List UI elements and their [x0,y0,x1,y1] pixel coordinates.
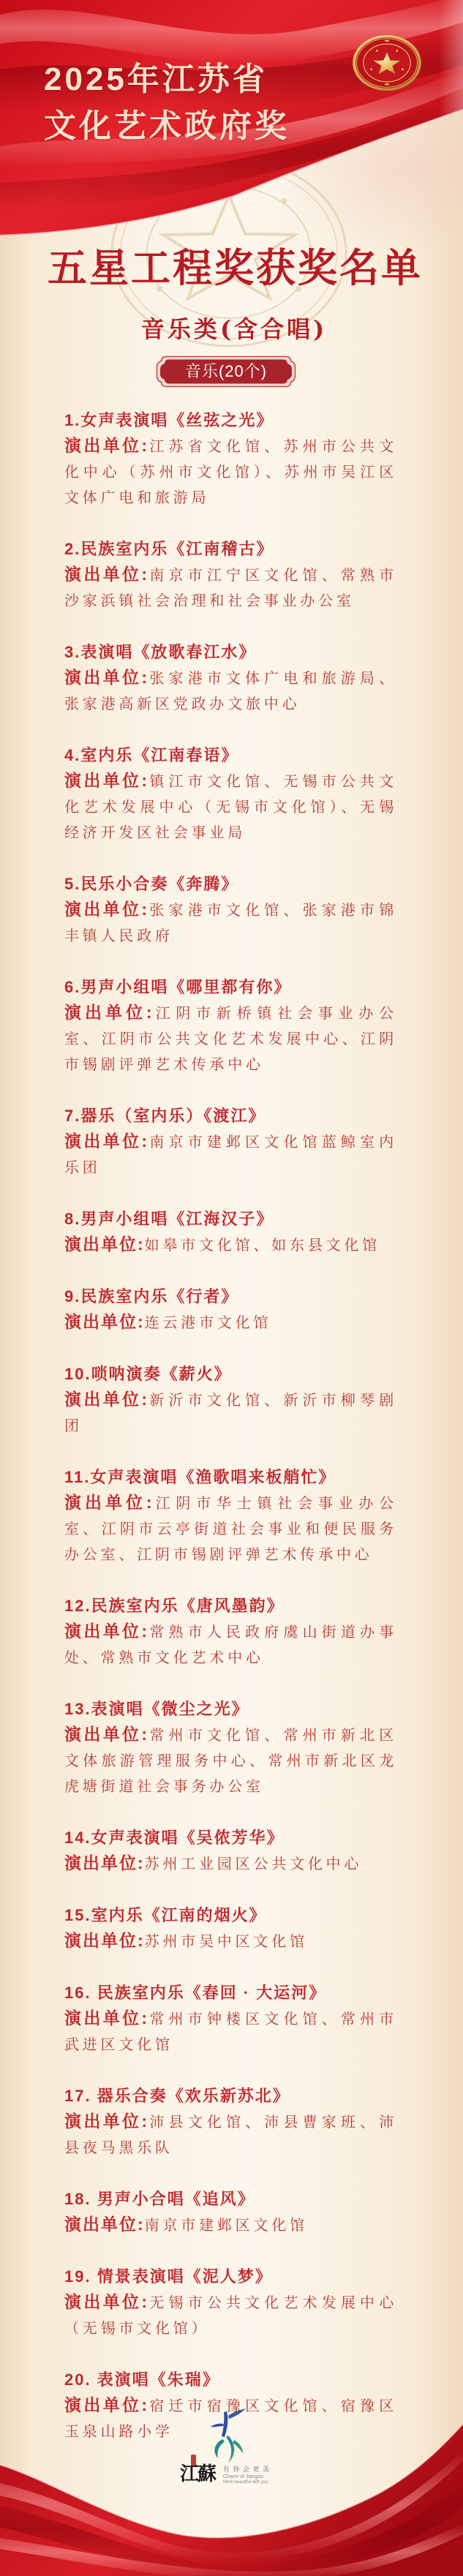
page-title-line-2: 文化艺术政府奖 [44,103,290,150]
unit-label: 演出单位: [64,1003,154,1022]
performing-units: 演出单位:常州市钟楼区文化馆、常州市武进区文化馆 [64,2006,397,2058]
award-title: 10.唢呐演奏《薪火》 [64,1361,397,1387]
unit-text: 如皋市文化馆、如东县文化馆 [145,1238,380,1254]
unit-line: 化艺术发展中心（无锡市文化馆）、无锡 [64,795,397,821]
award-item: 16. 民族室内乐《春回 · 大运河》 演出单位:常州市钟楼区文化馆、常州市武进… [64,1980,397,2058]
unit-line: 沙家浜镇社会治理和社会事业办公室 [64,589,397,614]
unit-text: 室、江阴市云亭街道社会事业和便民服务 [64,1521,397,1537]
unit-line: 室、江阴市云亭街道社会事业和便民服务 [64,1517,397,1543]
performing-units: 演出单位:苏州市吴中区文化馆 [64,1928,397,1955]
unit-label: 演出单位: [64,900,148,919]
unit-text: 室、江阴市公共文化艺术发展中心、江阴 [64,1031,397,1047]
unit-text: 无锡市公共文化艺术发展中心 [148,2295,397,2311]
award-item: 5.民乐小合奏《奔腾》 演出单位:张家港市文化馆、张家港市锦丰镇人民政府 [64,871,397,949]
unit-label: 演出单位: [64,2112,148,2131]
award-item: 6.男声小组唱《哪里都有你》 演出单位:江阴市新桥镇社会事业办公室、江阴市公共文… [64,974,397,1078]
performing-units: 演出单位:连云港市文化馆 [64,1309,397,1336]
unit-line: 演出单位:南京市江宁区文化馆、常熟市 [64,562,397,589]
unit-text: 丰镇人民政府 [64,928,173,944]
performing-units: 演出单位:南京市江宁区文化馆、常熟市沙家浜镇社会治理和社会事业办公室 [64,562,397,614]
unit-line: 张家港高新区党政办文旅中心 [64,692,397,718]
unit-label: 演出单位: [64,1131,148,1150]
unit-text: 张家港市文体广电和旅游局、 [148,671,397,687]
unit-line: 演出单位:常州市钟楼区文化馆、常州市 [64,2006,397,2033]
unit-text: 江苏省文化馆、苏州市公共文 [148,439,397,455]
unit-line: 演出单位:新沂市文化馆、新沂市柳琴剧团 [64,1387,397,1439]
unit-line: 文体广电和旅游局 [64,486,397,511]
unit-text: 处、常熟市文化艺术中心 [64,1650,264,1666]
unit-line: 演出单位:镇江市文化馆、无锡市公共文 [64,768,397,795]
unit-line: 经济开发区社会事业局 [64,821,397,846]
unit-line: 演出单位:南京市建邺区文化馆 [64,2212,397,2239]
unit-line: 演出单位:常州市文化馆、常州市新北区 [64,1722,397,1749]
unit-text: 南京市建邺区文化馆蓝鲸室内 [148,1134,397,1150]
performing-units: 演出单位:江苏省文化馆、苏州市公共文化中心（苏州市文化馆）、苏州市吴江区文体广电… [64,433,397,511]
category-subheading: 音乐类(含合唱) [141,315,327,344]
unit-line: 演出单位:江苏省文化馆、苏州市公共文 [64,433,397,460]
page-title-line-1: 2025年江苏省 [44,56,290,103]
unit-text: 镇江市文化馆、无锡市公共文 [148,774,397,790]
award-title: 9.民族室内乐《行者》 [64,1284,397,1309]
unit-line: 演出单位:连云港市文化馆 [64,1309,397,1336]
unit-label: 演出单位: [64,2008,148,2027]
award-item: 7.器乐（室内乐）《渡江》 演出单位:南京市建邺区文化馆蓝鲸室内乐团 [64,1103,397,1181]
award-title: 3.表演唱《放歌春江水》 [64,639,397,665]
unit-line: 演出单位:无锡市公共文化艺术发展中心 [64,2289,397,2316]
red-silk-banner-bottom [0,2414,463,2576]
unit-text: 武进区文化馆 [64,2037,173,2053]
unit-text: 乐团 [64,1160,101,1176]
award-title: 2.民族室内乐《江南稽古》 [64,536,397,562]
award-item: 19. 情景表演唱《泥人梦》 演出单位:无锡市公共文化艺术发展中心（无锡市文化馆… [64,2264,397,2342]
unit-text: 化中心（苏州市文化馆）、苏州市吴江区 [64,464,397,481]
award-item: 1.女声表演唱《丝弦之光》 演出单位:江苏省文化馆、苏州市公共文化中心（苏州市文… [64,407,397,511]
award-title: 5.民乐小合奏《奔腾》 [64,871,397,897]
performing-units: 演出单位:沛县文化馆、沛县曹家班、沛县夜马黑乐队 [64,2109,397,2161]
unit-line: 演出单位:江阴市华士镇社会事业办公 [64,1490,397,1517]
award-item: 2.民族室内乐《江南稽古》 演出单位:南京市江宁区文化馆、常熟市沙家浜镇社会治理… [64,536,397,614]
unit-text: 常州市钟楼区文化馆、常州市 [148,2011,397,2027]
unit-label: 演出单位: [64,771,148,790]
award-title: 12.民族室内乐《唐风墨韵》 [64,1593,397,1619]
award-title: 13.表演唱《微尘之光》 [64,1696,397,1722]
performing-units: 演出单位:南京市建邺区文化馆 [64,2212,397,2239]
award-title: 15.室内乐《江南的烟火》 [64,1902,397,1928]
award-title: 17. 器乐合奏《欢乐新苏北》 [64,2083,397,2109]
five-star-award-emblem-icon [351,34,423,92]
unit-line: 演出单位:如皋市文化馆、如东县文化馆 [64,1232,397,1259]
unit-line: 演出单位:江阴市新桥镇社会事业办公 [64,1000,397,1027]
award-title: 8.男声小组唱《江海汉子》 [64,1206,397,1232]
award-item: 15.室内乐《江南的烟火》 演出单位:苏州市吴中区文化馆 [64,1902,397,1955]
unit-text: 江阴市新桥镇社会事业办公 [154,1006,397,1022]
performing-units: 演出单位:镇江市文化馆、无锡市公共文化艺术发展中心（无锡市文化馆）、无锡经济开发… [64,768,397,846]
unit-line: 丰镇人民政府 [64,924,397,949]
unit-line: 演出单位:张家港市文体广电和旅游局、 [64,665,397,692]
unit-line: 化中心（苏州市文化馆）、苏州市吴江区 [64,460,397,486]
unit-line: 办公室、江阴市锡剧评弹艺术传承中心 [64,1543,397,1568]
unit-text: 经济开发区社会事业局 [64,825,246,841]
award-item: 9.民族室内乐《行者》 演出单位:连云港市文化馆 [64,1284,397,1336]
unit-text: 连云港市文化馆 [145,1315,272,1331]
unit-line: 演出单位:张家港市文化馆、张家港市锦 [64,897,397,924]
unit-text: 张家港市文化馆、张家港市锦 [148,903,397,919]
award-item: 12.民族室内乐《唐风墨韵》 演出单位:常熟市人民政府虞山街道办事处、常熟市文化… [64,1593,397,1671]
unit-text: 办公室、江阴市锡剧评弹艺术传承中心 [64,1547,373,1563]
unit-text: 苏州市吴中区文化馆 [145,1934,308,1950]
award-title: 16. 民族室内乐《春回 · 大运河》 [64,1980,397,2006]
award-title: 20. 表演唱《朱瑞》 [64,2367,397,2392]
award-title: 4.室内乐《江南春语》 [64,742,397,768]
performing-units: 演出单位:张家港市文化馆、张家港市锦丰镇人民政府 [64,897,397,949]
unit-line: 武进区文化馆 [64,2033,397,2058]
unit-line: 室、江阴市公共文化艺术发展中心、江阴 [64,1027,397,1052]
performing-units: 演出单位:如皋市文化馆、如东县文化馆 [64,1232,397,1259]
unit-label: 演出单位: [64,2395,148,2414]
unit-text: 市锡剧评弹艺术传承中心 [64,1057,264,1073]
unit-label: 演出单位: [64,1622,148,1641]
award-item: 17. 器乐合奏《欢乐新苏北》 演出单位:沛县文化馆、沛县曹家班、沛县夜马黑乐队 [64,2083,397,2161]
unit-text: 沛县文化馆、沛县曹家班、沛 [148,2114,397,2131]
unit-text: 沙家浜镇社会治理和社会事业办公室 [64,593,355,609]
unit-line: 文体旅游管理服务中心、常州市新北区龙 [64,1749,397,1774]
unit-line: 演出单位:苏州市吴中区文化馆 [64,1928,397,1955]
unit-text: 文体广电和旅游局 [64,490,209,506]
award-item: 3.表演唱《放歌春江水》 演出单位:张家港市文体广电和旅游局、张家港高新区党政办… [64,639,397,718]
category-badge: 音乐(20个) [156,355,296,388]
unit-text: 虎塘街道社会事务办公室 [64,1779,264,1795]
award-item: 4.室内乐《江南春语》 演出单位:镇江市文化馆、无锡市公共文化艺术发展中心（无锡… [64,742,397,846]
performing-units: 演出单位:江阴市新桥镇社会事业办公室、江阴市公共文化艺术发展中心、江阴市锡剧评弹… [64,1000,397,1078]
unit-label: 演出单位: [64,2215,145,2234]
unit-text: 张家港高新区党政办文旅中心 [64,696,300,712]
award-title: 7.器乐（室内乐）《渡江》 [64,1103,397,1129]
award-list-heading: 五星工程奖获奖名单 [48,244,423,291]
unit-text: （无锡市文化馆） [64,2321,209,2337]
unit-text: 县夜马黑乐队 [64,2140,173,2156]
unit-label: 演出单位: [64,2292,148,2311]
unit-line: 演出单位:常熟市人民政府虞山街道办事 [64,1619,397,1646]
unit-line: 虎塘街道社会事务办公室 [64,1774,397,1800]
award-title: 1.女声表演唱《丝弦之光》 [64,407,397,433]
unit-text: 常州市文化馆、常州市新北区 [148,1728,397,1744]
unit-label: 演出单位: [64,1853,145,1872]
unit-label: 演出单位: [64,1390,148,1409]
unit-label: 演出单位: [64,1725,148,1744]
unit-line: 演出单位:沛县文化馆、沛县曹家班、沛 [64,2109,397,2136]
performing-units: 演出单位:常熟市人民政府虞山街道办事处、常熟市文化艺术中心 [64,1619,397,1671]
unit-line: （无锡市文化馆） [64,2316,397,2342]
unit-line: 演出单位:南京市建邺区文化馆蓝鲸室内 [64,1129,397,1156]
award-item: 13.表演唱《微尘之光》 演出单位:常州市文化馆、常州市新北区文体旅游管理服务中… [64,1696,397,1800]
performing-units: 演出单位:南京市建邺区文化馆蓝鲸室内乐团 [64,1129,397,1181]
unit-text: 苏州工业园区公共文化中心 [145,1856,363,1872]
unit-line: 演出单位:苏州工业园区公共文化中心 [64,1850,397,1878]
unit-label: 演出单位: [64,1235,145,1254]
unit-label: 演出单位: [64,565,148,584]
unit-line: 县夜马黑乐队 [64,2136,397,2161]
award-title: 6.男声小组唱《哪里都有你》 [64,974,397,1000]
unit-label: 演出单位: [64,436,148,455]
unit-text: 南京市建邺区文化馆 [145,2218,308,2234]
award-title: 18. 男声小合唱《追风》 [64,2186,397,2212]
performing-units: 演出单位:无锡市公共文化艺术发展中心（无锡市文化馆） [64,2289,397,2342]
award-item: 14.女声表演唱《吴侬芳华》 演出单位:苏州工业园区公共文化中心 [64,1825,397,1878]
category-badge-label: 音乐(20个) [156,355,296,388]
page-title: 2025年江苏省 文化艺术政府奖 [44,56,290,150]
unit-text: 文体旅游管理服务中心、常州市新北区龙 [64,1753,397,1769]
award-item: 18. 男声小合唱《追风》 演出单位:南京市建邺区文化馆 [64,2186,397,2239]
performing-units: 演出单位:苏州工业园区公共文化中心 [64,1850,397,1878]
award-item: 8.男声小组唱《江海汉子》 演出单位:如皋市文化馆、如东县文化馆 [64,1206,397,1259]
unit-text: 江阴市华士镇社会事业办公 [154,1496,397,1512]
unit-label: 演出单位: [64,1931,145,1950]
award-list: 1.女声表演唱《丝弦之光》 演出单位:江苏省文化馆、苏州市公共文化中心（苏州市文… [64,407,397,2470]
award-title: 11.女声表演唱《渔歌唱来板艄忙》 [64,1464,397,1490]
unit-line: 处、常熟市文化艺术中心 [64,1646,397,1671]
award-title: 19. 情景表演唱《泥人梦》 [64,2264,397,2289]
award-title: 14.女声表演唱《吴侬芳华》 [64,1825,397,1850]
unit-label: 演出单位: [64,1493,154,1512]
award-item: 11.女声表演唱《渔歌唱来板艄忙》 演出单位:江阴市华士镇社会事业办公室、江阴市… [64,1464,397,1568]
unit-text: 化艺术发展中心（无锡市文化馆）、无锡 [64,799,397,816]
unit-text: 常熟市人民政府虞山街道办事 [148,1624,397,1641]
award-poster: 2025年江苏省 文化艺术政府奖 五星工程奖获奖名单 音乐类(含合唱) 音乐(2… [0,0,463,2576]
unit-text: 南京市江宁区文化馆、常熟市 [148,568,397,584]
unit-line: 市锡剧评弹艺术传承中心 [64,1052,397,1078]
unit-label: 演出单位: [64,1312,145,1331]
performing-units: 演出单位:新沂市文化馆、新沂市柳琴剧团 [64,1387,397,1439]
performing-units: 演出单位:常州市文化馆、常州市新北区文体旅游管理服务中心、常州市新北区龙虎塘街道… [64,1722,397,1800]
award-item: 10.唢呐演奏《薪火》 演出单位:新沂市文化馆、新沂市柳琴剧团 [64,1361,397,1439]
unit-line: 乐团 [64,1156,397,1181]
performing-units: 演出单位:张家港市文体广电和旅游局、张家港高新区党政办文旅中心 [64,665,397,718]
unit-label: 演出单位: [64,668,148,687]
performing-units: 演出单位:江阴市华士镇社会事业办公室、江阴市云亭街道社会事业和便民服务办公室、江… [64,1490,397,1568]
